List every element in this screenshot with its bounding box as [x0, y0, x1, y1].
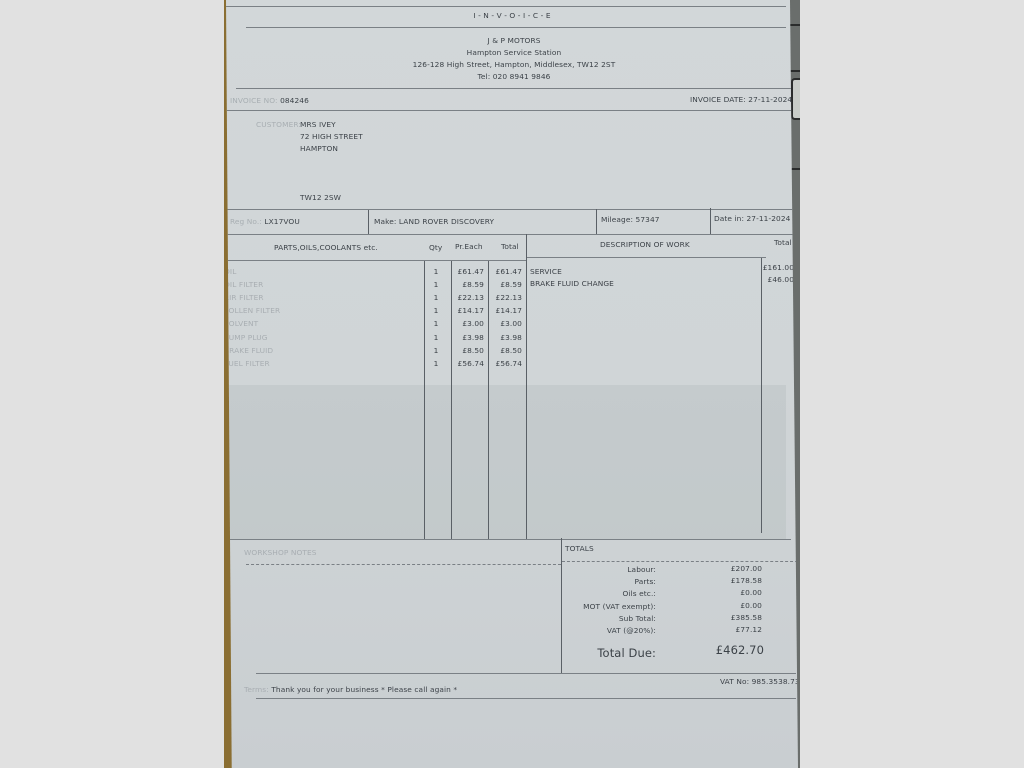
invoice-date: INVOICE DATE: 27-11-2024 — [690, 95, 792, 104]
part-qty: 1 — [424, 333, 448, 342]
part-name: OIL FILTER — [224, 280, 414, 289]
customer-address-1: 72 HIGH STREET — [300, 132, 363, 141]
part-name: POLLEN FILTER — [224, 306, 414, 315]
part-qty: 1 — [424, 293, 448, 302]
customer-name: MRS IVEY — [300, 120, 336, 129]
totals-row-value: £0.00 — [696, 601, 762, 610]
company-tel: Tel: 020 8941 9846 — [226, 72, 802, 81]
vehicle-mileage: Mileage: 57347 — [601, 215, 660, 224]
part-qty: 1 — [424, 346, 448, 355]
totals-row-value: £178.58 — [696, 576, 762, 585]
part-price-each: £3.98 — [448, 333, 484, 342]
terms: Terms: Thank you for your business * Ple… — [244, 685, 457, 694]
part-name: OIL — [224, 267, 414, 276]
part-name: SUMP PLUG — [224, 333, 414, 342]
part-total: £3.98 — [486, 333, 522, 342]
work-description: SERVICE — [530, 267, 562, 276]
totals-row-value: £207.00 — [696, 564, 762, 573]
customer-label: CUSTOMER: — [256, 120, 301, 129]
part-total: £3.00 — [486, 319, 522, 328]
part-total: £22.13 — [486, 293, 522, 302]
invoice-document: I - N - V - O - I - C - E J & P MOTORS H… — [226, 0, 798, 768]
part-total: £14.17 — [486, 306, 522, 315]
part-price-each: £3.00 — [448, 319, 484, 328]
totals-label: TOTALS — [565, 544, 594, 553]
part-total: £56.74 — [486, 359, 522, 368]
part-price-each: £14.17 — [448, 306, 484, 315]
part-price-each: £22.13 — [448, 293, 484, 302]
part-qty: 1 — [424, 306, 448, 315]
total-due-value: £462.70 — [666, 643, 764, 657]
part-total: £8.59 — [486, 280, 522, 289]
work-total: £161.00 — [746, 263, 794, 272]
customer-postcode: TW12 2SW — [300, 193, 341, 202]
part-qty: 1 — [424, 280, 448, 289]
totals-row-label: VAT (@20%): — [556, 626, 656, 635]
totals-row-label: Labour: — [556, 565, 656, 574]
totals-row-label: MOT (VAT exempt): — [556, 602, 656, 611]
vehicle-make: Make: LAND ROVER DISCOVERY — [374, 217, 494, 226]
work-description-header: DESCRIPTION OF WORK — [600, 240, 690, 249]
part-name: FUEL FILTER — [224, 359, 414, 368]
date-in: Date in: 27-11-2024 — [714, 214, 790, 223]
part-price-each: £8.50 — [448, 346, 484, 355]
vat-number: VAT No: 985.3538.73 — [720, 677, 800, 686]
invoice-number: INVOICE NO: 084246 — [230, 96, 309, 105]
totals-row-value: £385.58 — [696, 613, 762, 622]
invoice-title: I - N - V - O - I - C - E — [226, 11, 798, 20]
part-name: SOLVENT — [224, 319, 414, 328]
totals-row-value: £0.00 — [696, 588, 762, 597]
workshop-notes-label: WORKSHOP NOTES — [244, 548, 317, 557]
part-name: AIR FILTER — [224, 293, 414, 302]
qty-header: Qty — [429, 243, 442, 252]
work-description: BRAKE FLUID CHANGE — [530, 279, 614, 288]
work-total: £46.00 — [746, 275, 794, 284]
totals-row-label: Sub Total: — [556, 614, 656, 623]
totals-row-value: £77.12 — [696, 625, 762, 634]
price-each-header: Pr.Each — [455, 242, 483, 251]
part-price-each: £8.59 — [448, 280, 484, 289]
reg-number: Reg No.: LX17VOU — [230, 217, 300, 226]
part-total: £61.47 — [486, 267, 522, 276]
part-price-each: £56.74 — [448, 359, 484, 368]
part-qty: 1 — [424, 267, 448, 276]
part-qty: 1 — [424, 319, 448, 328]
work-total-header: Total — [774, 238, 792, 247]
part-total: £8.50 — [486, 346, 522, 355]
customer-address-2: HAMPTON — [300, 144, 338, 153]
part-qty: 1 — [424, 359, 448, 368]
totals-row-label: Oils etc.: — [556, 589, 656, 598]
company-subtitle: Hampton Service Station — [226, 48, 802, 57]
parts-header: PARTS,OILS,COOLANTS etc. — [274, 243, 378, 252]
part-name: BRAKE FLUID — [224, 346, 414, 355]
part-price-each: £61.47 — [448, 267, 484, 276]
company-address: 126-128 High Street, Hampton, Middlesex,… — [226, 60, 802, 69]
parts-total-header: Total — [501, 242, 519, 251]
company-name: J & P MOTORS — [226, 36, 802, 45]
total-due-label: Total Due: — [526, 646, 656, 660]
totals-row-label: Parts: — [556, 577, 656, 586]
